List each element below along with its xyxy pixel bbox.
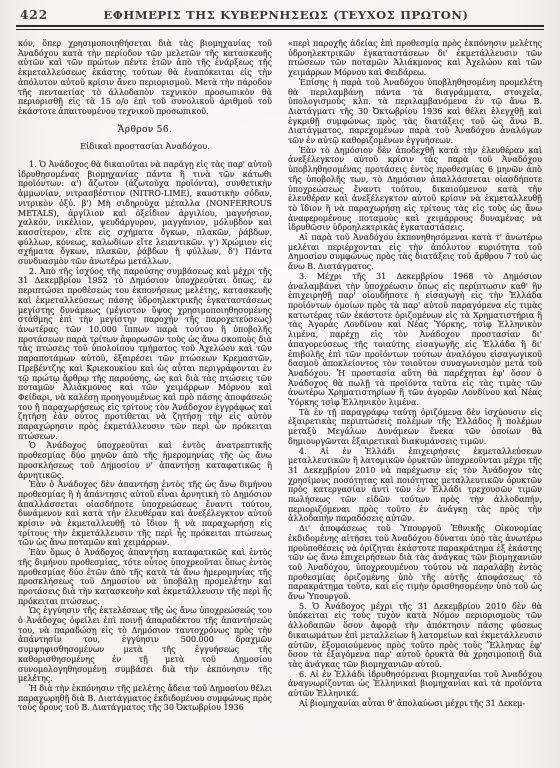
paragraph: 3. Μέχρι τῆς 31 Δεκεμβρίου 1968 τὸ Δημόσ… [288, 272, 542, 408]
paragraph: Ὡς ἐγγύησιν τῆς ἐκτελέσεως τῆς ὡς ἄνω ὑπ… [18, 606, 272, 684]
paragraph: 1. Ὁ Ἀνάδοχος θὰ δικαιοῦται νὰ παράγῃ εἰ… [18, 160, 272, 267]
article-subheading: Εἰδικαὶ προστασίαι Ἀναδόχου. [18, 142, 272, 152]
paragraph: 6. Αἱ ἐν Ἑλλάδι ἱδρυθησόμεναι βιομηχανία… [288, 670, 542, 699]
article-heading: Ἄρθρον 56. [18, 126, 272, 136]
paragraph: Ἐὰν ὅμως ὁ Ἀνάδοχος ἀπαντήσῃ καταφατικῶς… [18, 548, 272, 606]
paragraph: Ἡ διὰ τὴν ἐκπόνησιν τῆς μελέτης ἄδεια το… [18, 684, 272, 713]
paragraph: Τὰ ἐν τῇ παραγράφῳ ταύτῃ ὁριζόμενα δὲν ἰ… [288, 408, 542, 447]
page-number: 422 [20, 8, 80, 22]
right-column: «περὶ παροχῆς ἀδείας ἐπὶ προθεσμίᾳ πρὸς … [288, 39, 542, 713]
paragraph: Ἐπίσης ἡ παρὰ τοῦ Ἀναδόχου ὑποβληθησομέν… [288, 78, 542, 146]
paragraph: κόν, ὅπερ χρησιμοποιηθήσεται διὰ τὰς βιο… [18, 39, 272, 117]
paragraph: 4. Αἱ ἐν Ἑλλάδι ἐπιχειρήσεις ἐκμεταλλεύσ… [288, 447, 542, 525]
paragraph: 2. Ἀπὸ τῆς ἰσχύος τῆς παρούσης συμβάσεως… [18, 267, 272, 442]
text-columns: κόν, ὅπερ χρησιμοποιηθήσεται διὰ τὰς βιο… [14, 30, 546, 713]
paragraph: Ἐὰν τὸ Δημόσιον δὲν ἀποδεχθῇ κατὰ τὴν ἐλ… [288, 146, 542, 233]
paragraph: Αἱ βιομηχανίαι αὗται θ' ἀπολαύωσι μέχρι … [288, 699, 542, 709]
paragraph: «περὶ παροχῆς ἀδείας ἐπὶ προθεσμίᾳ πρὸς … [288, 39, 542, 78]
paragraph: Ὁ Ἀνάδοχος ὑποχρεοῦται καὶ ἐντὸς ἀνατρεπ… [18, 441, 272, 480]
paragraph: Δι' ἀποφάσεως τοῦ Ὑπουργοῦ Ἐθνικῆς Οἰκον… [288, 524, 542, 602]
masthead: 422 ΕΦΗΜΕΡΙΣ ΤΗΣ ΚΥΒΕΡΝΗΣΕΩΣ (ΤΕΥΧΟΣ ΠΡΩ… [14, 6, 546, 25]
header-rule-thick [16, 25, 544, 27]
paragraph: Αἱ παρὰ τοῦ Ἀναδόχου ἐκπονηθησόμεναι κατ… [288, 233, 542, 272]
paragraph: 5. Ὁ Ἀνάδοχος μέχρι τῆς 31 Δεκεμβρίου 20… [288, 602, 542, 670]
paragraph: Ἐὰν ὁ Ἀνάδοχος δὲν ἀπαντήσῃ ἐντὸς τῆς ὡς… [18, 480, 272, 548]
gazette-page: 422 ΕΦΗΜΕΡΙΣ ΤΗΣ ΚΥΒΕΡΝΗΣΕΩΣ (ΤΕΥΧΟΣ ΠΡΩ… [0, 0, 560, 768]
masthead-title: ΕΦΗΜΕΡΙΣ ΤΗΣ ΚΥΒΕΡΝΗΣΕΩΣ (ΤΕΥΧΟΣ ΠΡΩΤΟΝ) [80, 8, 540, 22]
left-column: κόν, ὅπερ χρησιμοποιηθήσεται διὰ τὰς βιο… [18, 39, 272, 713]
